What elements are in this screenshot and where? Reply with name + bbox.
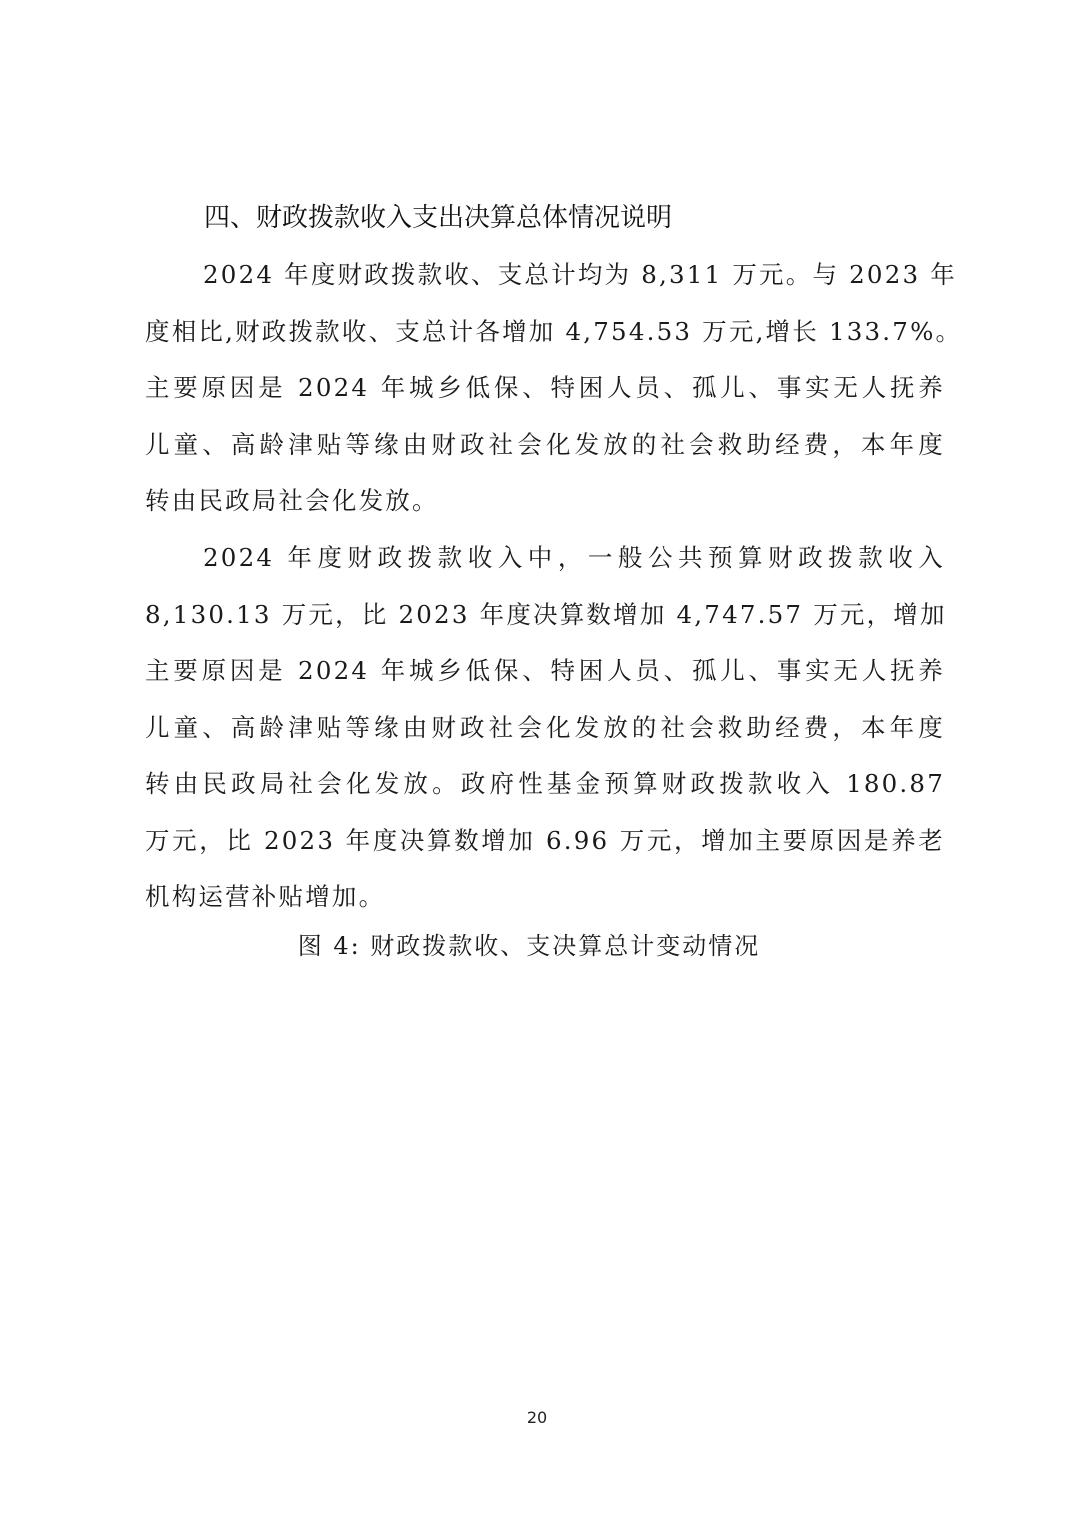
paragraph-line: 8,130.13 万元，比 2023 年度决算数增加 4,747.57 万元，增… xyxy=(145,587,945,644)
paragraph-line: 转由民政局社会化发放。 xyxy=(145,473,945,530)
figure-caption: 图 4: 财政拨款收、支决算总计变动情况 xyxy=(0,926,1074,966)
paragraph-line: 2024 年度财政拨款收入中，一般公共预算财政拨款收入 xyxy=(145,530,945,587)
paragraph-income-breakdown: 2024 年度财政拨款收入中，一般公共预算财政拨款收入 8,130.13 万元，… xyxy=(145,530,945,926)
document-page: 四、财政拨款收入支出决算总体情况说明 2024 年度财政拨款收、支总计均为 8,… xyxy=(0,0,1074,1520)
section-heading: 四、财政拨款收入支出决算总体情况说明 xyxy=(204,198,672,238)
paragraph-line: 主要原因是 2024 年城乡低保、特困人员、孤儿、事实无人抚养 xyxy=(145,643,945,700)
paragraph-line: 主要原因是 2024 年城乡低保、特困人员、孤儿、事实无人抚养 xyxy=(145,360,945,417)
paragraph-line: 度相比,财政拨款收、支总计各增加 4,754.53 万元,增长 133.7%。 xyxy=(145,304,945,361)
page-number: 20 xyxy=(0,1408,1074,1427)
paragraph-line: 儿童、高龄津贴等缘由财政社会化发放的社会救助经费，本年度 xyxy=(145,700,945,757)
paragraph-line: 万元，比 2023 年度决算数增加 6.96 万元，增加主要原因是养老 xyxy=(145,813,945,870)
paragraph-total-overview: 2024 年度财政拨款收、支总计均为 8,311 万元。与 2023 年 度相比… xyxy=(145,247,945,530)
paragraph-line: 转由民政局社会化发放。政府性基金预算财政拨款收入 180.87 xyxy=(145,756,945,813)
paragraph-line: 儿童、高龄津贴等缘由财政社会化发放的社会救助经费，本年度 xyxy=(145,417,945,474)
paragraph-line: 2024 年度财政拨款收、支总计均为 8,311 万元。与 2023 年 xyxy=(145,247,945,304)
paragraph-line: 机构运营补贴增加。 xyxy=(145,869,945,926)
